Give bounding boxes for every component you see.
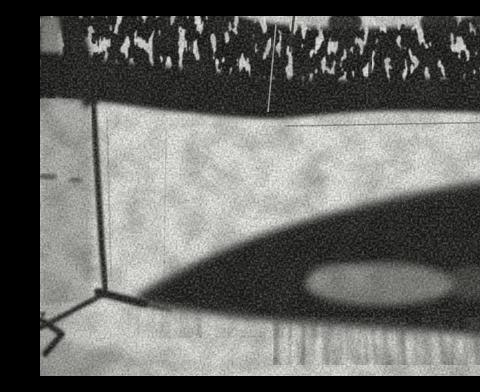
film-artifacts bbox=[40, 16, 480, 376]
film-frame-canvas bbox=[40, 16, 480, 376]
vignette bbox=[40, 16, 480, 376]
film-frame: Grainy black-and-white film frame of a b… bbox=[40, 16, 480, 376]
